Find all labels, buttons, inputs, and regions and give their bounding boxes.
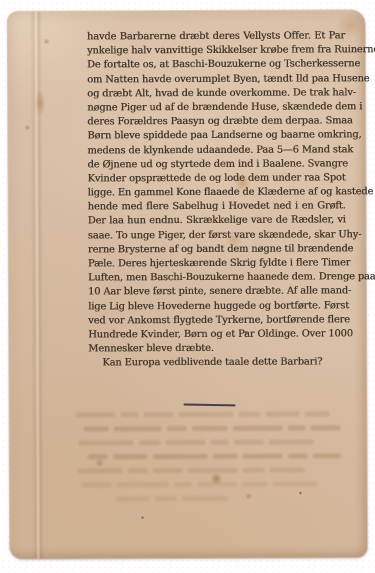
text-line: Hundrede Kvinder, Børn og et Par Oldinge… — [88, 327, 346, 342]
section-divider-rule — [184, 403, 236, 406]
text-line: 10 Aar bleve først pinte, senere dræbte.… — [88, 285, 346, 300]
text-line: Mennesker bleve dræbte. — [88, 341, 346, 356]
foxing-stain — [43, 39, 50, 45]
text-line: ved vor Ankomst flygtede Tyrkerne, bortf… — [88, 313, 346, 328]
text-line: rerne Brysterne af og bandt dem nøgne ti… — [88, 242, 346, 257]
text-line: lige Lig bleve Hovederne huggede og bort… — [88, 299, 346, 314]
text-line: Pæle. Deres hjerteskærende Skrig fyldte … — [88, 256, 346, 271]
text-line: ligge. En gammel Kone flaaede de Klædern… — [88, 185, 346, 200]
text-line: Der laa hun endnu. Skrækkelige vare de R… — [88, 214, 346, 229]
show-through-line — [84, 425, 356, 431]
show-through-line — [79, 439, 356, 445]
text-line: medens de klynkende udaandede. Paa 5—6 M… — [87, 143, 345, 158]
text-line: Kvinder opsprættede de og lode dem under… — [88, 171, 346, 186]
text-line: de Øjnene ud og styrtede dem ind i Baale… — [87, 157, 345, 172]
text-line: nøgne Piger ud af de brændende Huse, skæ… — [87, 100, 345, 115]
text-line: hende med flere Sabelhug i Hovedet ned i… — [88, 200, 346, 215]
show-through-line — [88, 453, 356, 459]
show-through-line — [76, 411, 356, 417]
paper-sheet: havde Barbarerne dræbt deres Vellysts Of… — [8, 10, 367, 559]
ink-speck — [141, 516, 144, 519]
body-text: havde Barbarerne dræbt deres Vellysts Of… — [87, 29, 346, 371]
text-line: om Natten havde overumplet Byen, tændt I… — [87, 72, 345, 87]
show-through-line — [78, 467, 356, 473]
text-line: ynkelige halv vanvittige Skikkelser krøb… — [87, 43, 345, 58]
text-line: Børn bleve spiddede paa Landserne og baa… — [87, 129, 345, 144]
text-line: saae. To unge Piger, der først vare skæn… — [88, 228, 346, 243]
text-line: havde Barbarerne dræbt deres Vellysts Of… — [87, 29, 345, 44]
show-through-line — [82, 481, 356, 487]
text-line: deres Forældres Paasyn og dræbte dem der… — [87, 114, 345, 129]
closing-question-line: Kan Europa vedblivende taale dette Barba… — [88, 356, 346, 371]
text-line: Luften, men Baschi-Bouzukerne haanede de… — [88, 270, 346, 285]
text-line: og dræbt Alt, hvad de kunde overkomme. D… — [87, 86, 345, 101]
show-through-ghost-text — [76, 411, 356, 510]
scanned-page: havde Barbarerne dræbt deres Vellysts Of… — [0, 0, 375, 573]
show-through-line — [116, 495, 356, 501]
text-line: De fortalte os, at Baschi-Bouzukerne og … — [87, 58, 345, 73]
vertical-fold-crease — [30, 12, 44, 559]
